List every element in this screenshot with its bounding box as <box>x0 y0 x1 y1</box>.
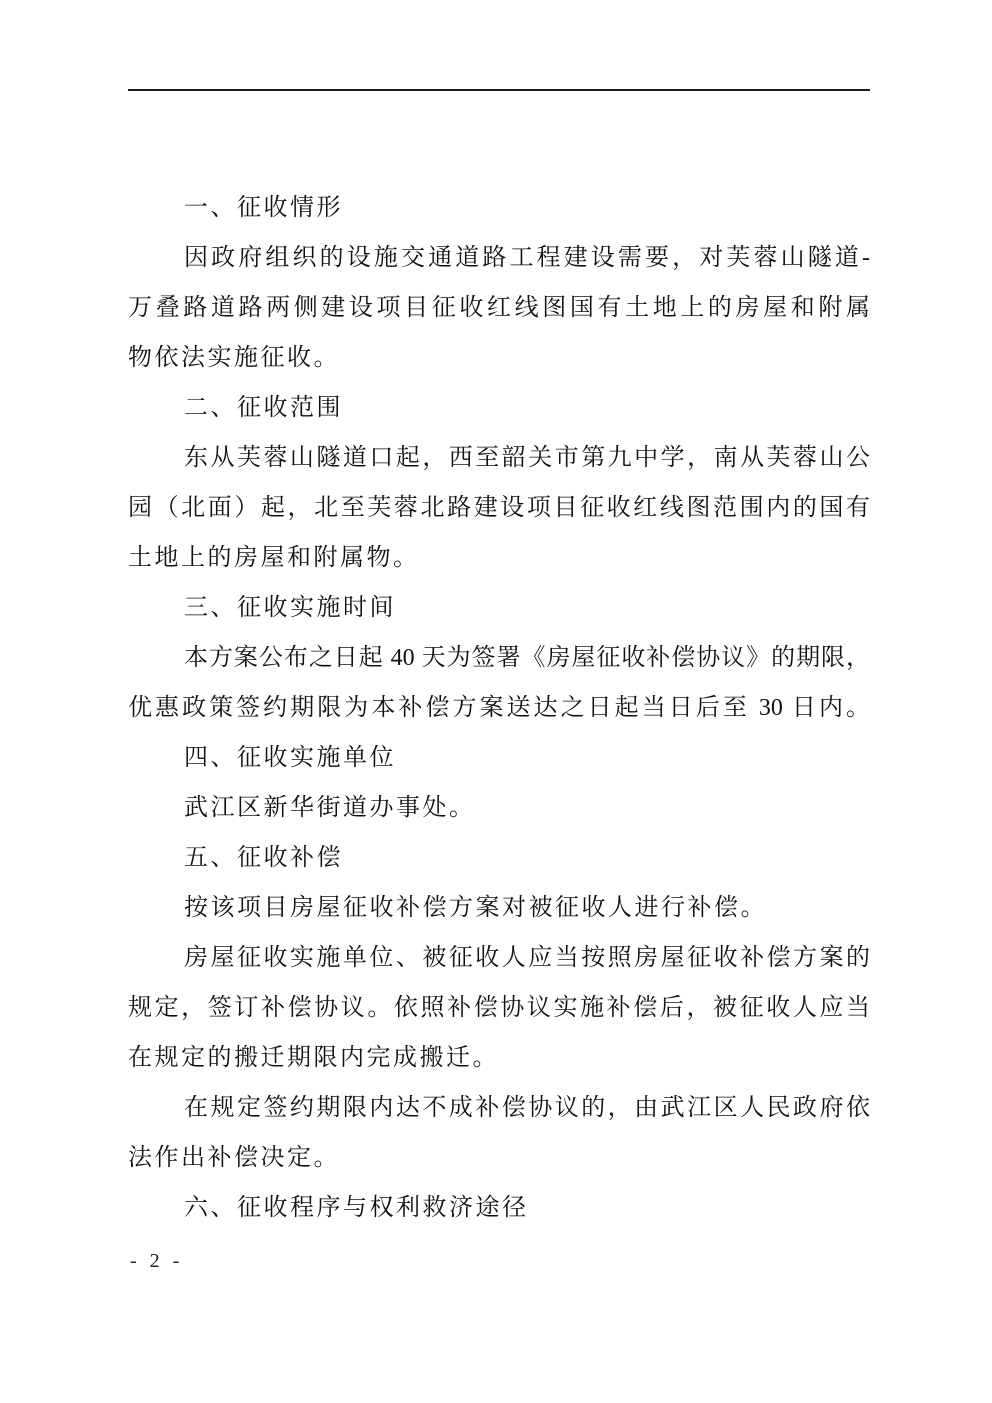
paragraph-line: 万叠路道路两侧建设项目征收红线图国有土地上的房屋和附属 <box>128 283 870 333</box>
document-page: 一、征收情形 因政府组织的设施交通道路工程建设需要，对芙蓉山隧道- 万叠路道路两… <box>0 0 992 1403</box>
paragraph-line: 因政府组织的设施交通道路工程建设需要，对芙蓉山隧道- <box>128 233 870 283</box>
text-block: 一、征收情形 因政府组织的设施交通道路工程建设需要，对芙蓉山隧道- 万叠路道路两… <box>128 183 870 1233</box>
paragraph-line: 东从芙蓉山隧道口起，西至韶关市第九中学，南从芙蓉山公 <box>128 433 870 483</box>
section-heading: 一、征收情形 <box>128 183 870 233</box>
paragraph-line: 在规定签约期限内达不成补偿协议的，由武江区人民政府依 <box>128 1083 870 1133</box>
paragraph-line: 房屋征收实施单位、被征收人应当按照房屋征收补偿方案的 <box>128 933 870 983</box>
paragraph-line: 法作出补偿决定。 <box>128 1133 870 1183</box>
paragraph-line: 优惠政策签约期限为本补偿方案送达之日起当日后至 30 日内。 <box>128 683 870 733</box>
paragraph-line: 规定，签订补偿协议。依照补偿协议实施补偿后，被征收人应当 <box>128 983 870 1033</box>
paragraph-line: 武江区新华街道办事处。 <box>128 783 870 833</box>
paragraph-line: 土地上的房屋和附属物。 <box>128 533 870 583</box>
section-heading: 五、征收补偿 <box>128 833 870 883</box>
section-heading: 二、征收范围 <box>128 383 870 433</box>
paragraph-line: 在规定的搬迁期限内完成搬迁。 <box>128 1033 870 1083</box>
paragraph-line: 物依法实施征收。 <box>128 333 870 383</box>
section-heading: 三、征收实施时间 <box>128 583 870 633</box>
section-heading: 四、征收实施单位 <box>128 733 870 783</box>
paragraph-line: 本方案公布之日起 40 天为签署《房屋征收补偿协议》的期限， <box>128 633 870 683</box>
paragraph-line: 园（北面）起，北至芙蓉北路建设项目征收红线图范围内的国有 <box>128 483 870 533</box>
header-rule <box>128 89 870 91</box>
section-heading: 六、征收程序与权利救济途径 <box>128 1183 870 1233</box>
paragraph-line: 按该项目房屋征收补偿方案对被征收人进行补偿。 <box>128 883 870 933</box>
page-number: - 2 - <box>130 1246 183 1276</box>
